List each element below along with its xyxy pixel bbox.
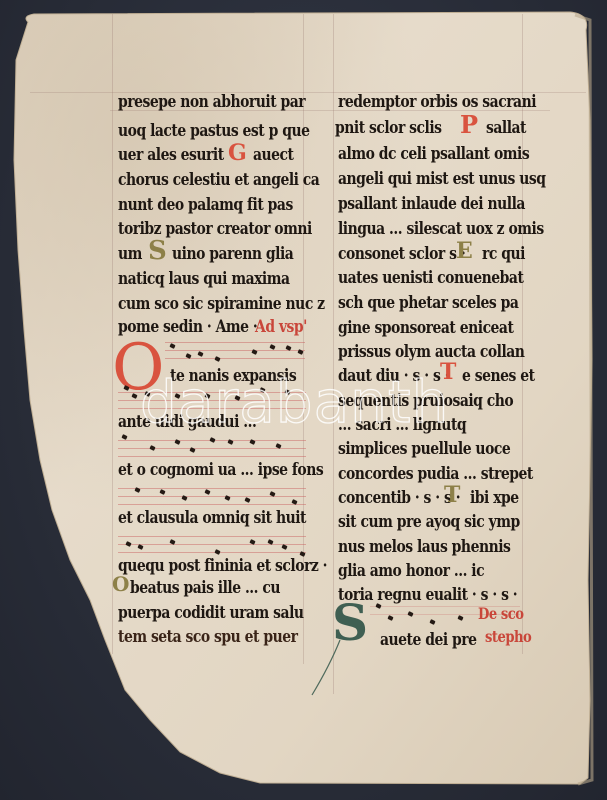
text-line: nunt deo palamq fit pas [118, 195, 293, 215]
music-staff-line [118, 536, 306, 537]
text-line: uoq lacte pastus est p que [118, 121, 309, 141]
music-staff-line [118, 544, 306, 545]
text-line: lingua ... silescat uox z omis [338, 219, 544, 239]
text-line: beatus pais ille ... cu [130, 578, 280, 598]
music-staff-line [118, 552, 306, 553]
music-staff-line [118, 504, 306, 505]
large-initial-s-green: S [332, 598, 368, 648]
music-staff-line [118, 488, 306, 489]
text-line: puerpa codidit uram salu [118, 603, 304, 623]
text-line: presepe non abhoruit par [118, 92, 305, 112]
music-staff-line [165, 342, 305, 343]
manuscript-leaf: presepe non abhoruit par uoq lacte pastu… [0, 0, 607, 800]
music-staff-line [118, 456, 306, 457]
text-line: tem seta sco spu et puer [118, 627, 297, 647]
text-line: concordes pudia ... strepet [338, 464, 533, 484]
text-line: uer ales esurit [118, 145, 224, 165]
rubric-ad-vsp: Ad vsp' [255, 317, 307, 337]
text-line: sit cum pre ayoq sic ymp [338, 512, 520, 532]
text-line: auect [253, 145, 294, 165]
text-line: ... sacri ... lignutq [338, 415, 466, 435]
text-line: ante uidi gaudui ... [118, 412, 256, 432]
initial-e-olive: E [456, 240, 473, 262]
text-line: sch que phetar sceles pa [338, 293, 518, 313]
text-line: cum sco sic spiramine nuc z [118, 294, 325, 314]
text-line: pnit sclor sclis [335, 118, 442, 138]
text-line: sallat [486, 118, 526, 138]
initial-t-olive: T [444, 484, 460, 506]
text-line: uino parenn glia [172, 244, 293, 264]
text-line: simplices puellule uoce [338, 439, 510, 459]
text-line: glia amo honor ... ic [338, 561, 484, 581]
text-line: sequentis pruiosaiq cho [338, 391, 513, 411]
music-staff-line [118, 408, 306, 409]
text-line: uates uenisti conuenebat [338, 268, 523, 288]
text-line: daut diu · s · s · [338, 366, 449, 386]
ruling-vertical [333, 14, 334, 694]
text-line: ibi xpe [470, 488, 519, 508]
rubric-de-sco: De sco [478, 604, 523, 624]
text-line: prissus olym aucta collan [338, 342, 524, 362]
text-line: et clausula omniq sit huit [118, 508, 306, 528]
text-line: redemptor orbis os sacrani [338, 92, 536, 112]
rubric-stepho: stepho [485, 627, 531, 647]
text-line: et o cognomi ua ... ipse fons [118, 460, 323, 480]
text-line: rc qui [482, 244, 525, 264]
initial-o-olive: O [112, 574, 129, 594]
text-line: gine sponsoreat eniceat [338, 318, 513, 338]
text-line: chorus celestiu et angeli ca [118, 170, 319, 190]
text-line: um [118, 244, 142, 264]
initial-g-red: G [228, 142, 247, 164]
text-line: nus melos laus phennis [338, 537, 510, 557]
text-line: te nanis expansis [170, 366, 296, 386]
music-staff-line [118, 400, 306, 401]
text-line: consonet sclor s · [338, 244, 465, 264]
text-line: concentib · s · s · [338, 488, 460, 508]
text-line: almo dc celi psallant omis [338, 144, 529, 164]
text-line: e senes et [462, 366, 535, 386]
text-line: auete dei pre [380, 630, 477, 650]
text-line: angeli qui mist est unus usq [338, 169, 546, 189]
large-initial-o-red: O [112, 336, 164, 400]
initial-p-red: P [460, 113, 478, 137]
music-staff-line [165, 350, 305, 351]
text-line: psallant inlaude dei nulla [338, 194, 525, 214]
text-line: naticq laus qui maxima [118, 269, 290, 289]
text-line: quequ post fininia et sclorz · [118, 556, 327, 576]
music-staff-line [118, 496, 306, 497]
initial-s-olive: S [148, 238, 167, 264]
initial-t-red: T [440, 361, 456, 383]
music-staff-line [165, 358, 305, 359]
